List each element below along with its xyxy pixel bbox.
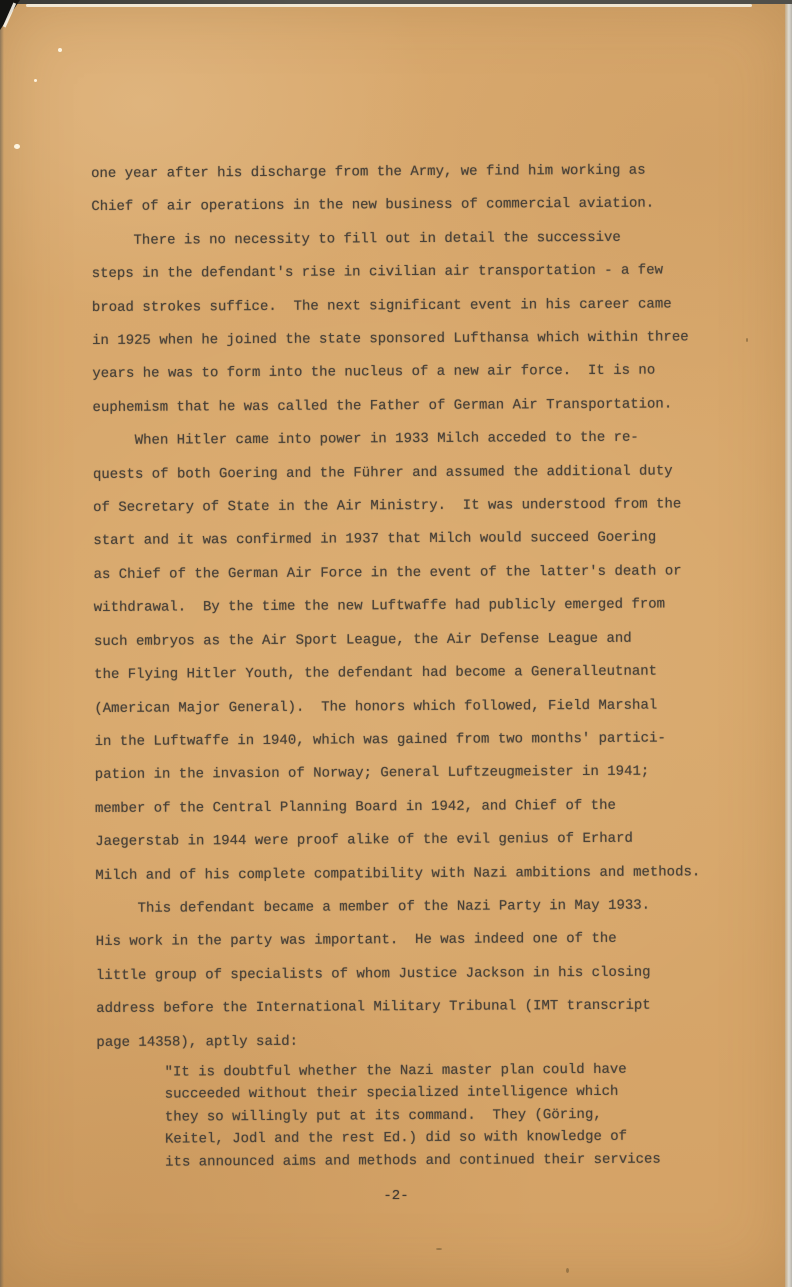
text-line: broad strokes suffice. The next signific…	[92, 287, 792, 325]
text-line: one year after his discharge from the Ar…	[91, 154, 792, 192]
document-page: one year after his discharge from the Ar…	[0, 0, 792, 1287]
body-paragraph-lines: one year after his discharge from the Ar…	[0, 154, 792, 1061]
typed-text: one year after his discharge from the Ar…	[0, 154, 792, 1175]
paper-speck	[58, 48, 62, 52]
paper-speck	[436, 1248, 442, 1250]
quote-line: its announced aims and methods and conti…	[165, 1147, 792, 1173]
text-line: years he was to form into the nucleus of…	[92, 354, 792, 392]
text-line: in 1925 when he joined the state sponsor…	[92, 321, 792, 359]
paper-speck	[34, 79, 37, 82]
text-line: quests of both Goering and the Führer an…	[93, 454, 792, 492]
paper-speck	[14, 144, 20, 149]
text-line: His work in the party was important. He …	[96, 922, 792, 960]
text-line: address before the International Militar…	[96, 989, 792, 1027]
page-number: -2-	[0, 1188, 792, 1204]
text-line: This defendant became a member of the Na…	[95, 889, 792, 927]
blockquote-lines: "It is doubtful whether the Nazi master …	[6, 1058, 792, 1175]
text-line: steps in the defendant's rise in civilia…	[92, 254, 792, 292]
text-line: When Hitler came into power in 1933 Milc…	[93, 421, 792, 459]
text-line: as Chief of the German Air Force in the …	[93, 555, 792, 593]
text-line: There is no necessity to fill out in det…	[91, 221, 792, 259]
text-line: euphemism that he was called the Father …	[92, 388, 792, 426]
text-line: in the Luftwaffe in 1940, which was gain…	[94, 722, 792, 760]
text-line: such embryos as the Air Sport League, th…	[94, 621, 792, 659]
text-line: the Flying Hitler Youth, the defendant h…	[94, 655, 792, 693]
text-line: little group of specialists of whom Just…	[96, 955, 792, 993]
text-line: start and it was confirmed in 1937 that …	[93, 521, 792, 559]
text-line: Chief of air operations in the new busin…	[91, 187, 792, 225]
paper-speck	[566, 1268, 569, 1273]
text-line: withdrawal. By the time the new Luftwaff…	[94, 588, 792, 626]
scan-edge-top-highlight	[26, 4, 752, 7]
text-line: of Secretary of State in the Air Ministr…	[93, 488, 792, 526]
text-line: member of the Central Planning Board in …	[95, 788, 792, 826]
text-line: pation in the invasion of Norway; Genera…	[95, 755, 792, 793]
text-line: (American Major General). The honors whi…	[94, 688, 792, 726]
text-line: page 14358), aptly said:	[96, 1022, 792, 1060]
text-line: Milch and of his complete compatibility …	[95, 855, 792, 893]
text-line: Jaegerstab in 1944 were proof alike of t…	[95, 822, 792, 860]
